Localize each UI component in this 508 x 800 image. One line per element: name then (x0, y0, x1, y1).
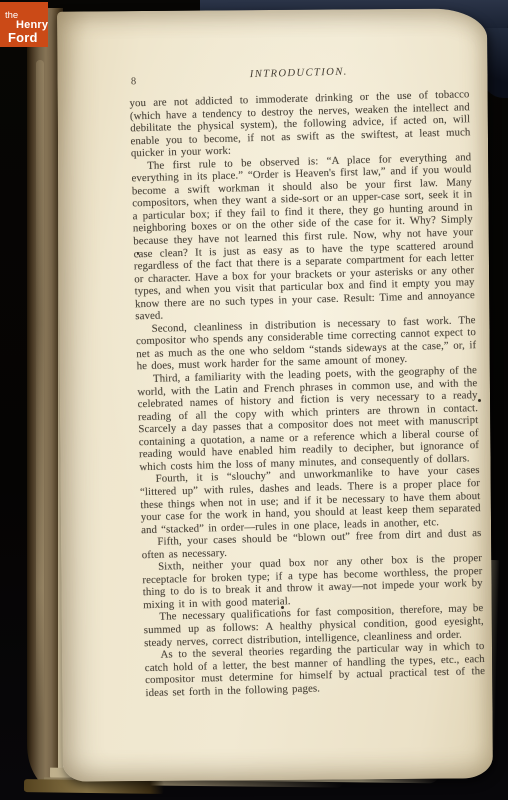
paragraph: As to the several theories regarding the… (144, 640, 485, 699)
ink-spot (137, 252, 139, 255)
paragraph: The first rule to be observed is: “A pla… (131, 151, 475, 323)
binding-highlight (36, 60, 44, 720)
chapter-heading: INTRODUCTION. (129, 63, 469, 83)
paragraph: you are not addicted to immoderate drink… (129, 88, 471, 160)
henry-ford-logo: the Henry Ford (0, 2, 48, 47)
logo-text-ford: Ford (8, 30, 38, 45)
paragraph: Fourth, it is “slouchy” and unworkmanlik… (140, 464, 482, 536)
book-page: 8 INTRODUCTION. you are not addicted to … (57, 8, 493, 781)
paragraph: Third, a familiarity with the leading po… (137, 364, 480, 474)
running-head: 8 INTRODUCTION. (129, 63, 469, 86)
printed-content: 8 INTRODUCTION. you are not addicted to … (128, 51, 485, 699)
paragraph: Second, cleanliness in distribution is n… (136, 314, 477, 373)
ink-spot (281, 606, 284, 609)
body-text: you are not addicted to immoderate drink… (129, 88, 485, 699)
paragraph: Sixth, neither your quad box nor any oth… (142, 552, 483, 611)
photo-background: 8 INTRODUCTION. you are not addicted to … (0, 0, 508, 800)
ink-spot (478, 399, 481, 402)
